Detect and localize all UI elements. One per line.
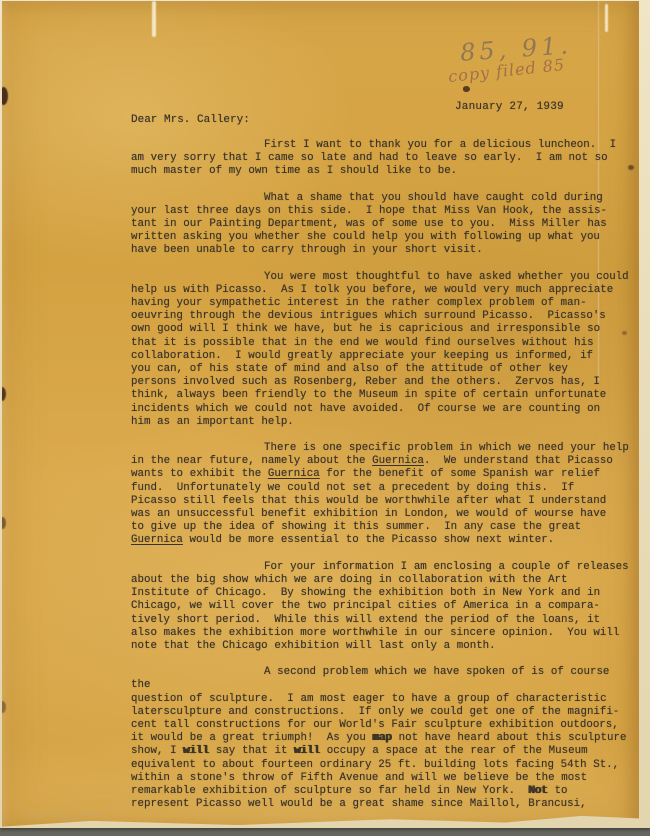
paragraph: For your information I am enclosing a co… — [131, 561, 633, 653]
overtyped-word: Not — [528, 785, 547, 797]
paper-crack — [152, 1, 156, 37]
text-run: First I want to thank you for a deliciou… — [131, 139, 616, 177]
underlined-word: Guernica — [372, 455, 424, 467]
underlined-word: Guernica — [268, 468, 320, 480]
paragraph: A second problem which we have spoken of… — [131, 666, 633, 811]
paragraph: What a shame that you should have caught… — [131, 192, 633, 258]
letter-page: 85, 91. copy filed 85 January 27, 1939 D… — [2, 1, 639, 830]
overtyped-word: map — [373, 732, 392, 744]
letter-paragraphs: First I want to thank you for a deliciou… — [131, 139, 633, 824]
pencil-scribble — [24, 807, 104, 823]
text-run: For your information I am enclosing a co… — [131, 561, 629, 652]
underlined-word: Guernica — [131, 534, 183, 546]
text-run: say that it — [209, 745, 294, 757]
paragraph: There is one specific problem in which w… — [131, 442, 633, 548]
text-run: What a shame that you should have caught… — [131, 192, 607, 257]
text-run: would be more essential to the Picasso s… — [183, 534, 554, 546]
overtyped-word: will — [294, 745, 320, 757]
ink-blot — [463, 86, 470, 92]
overtyped-word: will — [183, 745, 209, 757]
salutation: Dear Mrs. Callery: — [131, 114, 250, 126]
text-run: You were most thoughtful to have asked w… — [131, 271, 629, 428]
paragraph: First I want to thank you for a deliciou… — [131, 139, 633, 179]
paper-crack — [605, 4, 608, 32]
paragraph: You were most thoughtful to have asked w… — [131, 271, 633, 429]
letter-date: January 27, 1939 — [455, 101, 564, 113]
